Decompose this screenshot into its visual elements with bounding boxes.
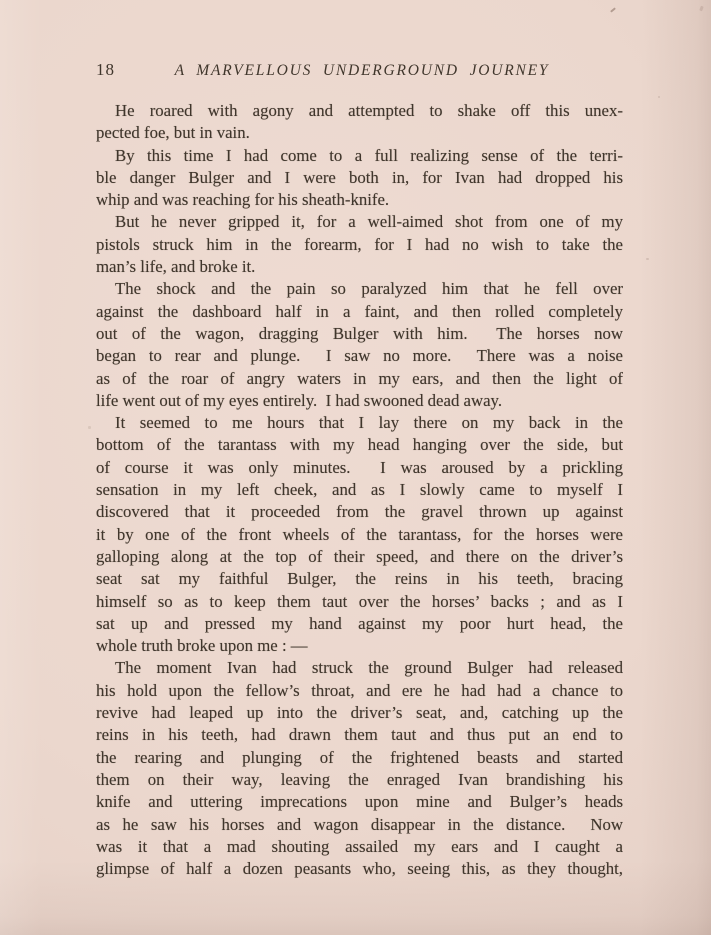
scan-speck [610, 7, 616, 12]
text-line: it by one of the front wheels of the tar… [96, 524, 623, 546]
text-line: was it that a mad shouting assailed my e… [96, 836, 623, 858]
text-line: began to rear and plunge. I saw no more.… [96, 345, 623, 367]
text-line: them on their way, leaving the enraged I… [96, 769, 623, 791]
text-line: The shock and the pain so paralyzed him … [96, 278, 623, 300]
text-line: He roared with agony and attempted to sh… [96, 100, 623, 122]
text-line: whip and was reaching for his sheath-kni… [96, 189, 623, 211]
text-line: himself so as to keep them taut over the… [96, 591, 623, 613]
text-line: against the dashboard half in a faint, a… [96, 301, 623, 323]
text-line: of course it was only minutes. I was aro… [96, 457, 623, 479]
book-page: 18 A MARVELLOUS UNDERGROUND JOURNEY He r… [0, 0, 711, 935]
text-line: glimpse of half a dozen peasants who, se… [96, 858, 623, 880]
text-line: revive had leaped up into the driver’s s… [96, 702, 623, 724]
text-block: He roared with agony and attempted to sh… [96, 100, 623, 880]
paragraph: It seemed to me hours that I lay there o… [96, 412, 623, 657]
text-line: ble danger Bulger and I were both in, fo… [96, 167, 623, 189]
text-line: seat sat my faithful Bulger, the reins i… [96, 568, 623, 590]
text-line: man’s life, and broke it. [96, 256, 623, 278]
scan-speck [658, 96, 660, 98]
text-line: sat up and pressed my hand against my po… [96, 613, 623, 635]
page-number: 18 [96, 60, 115, 80]
running-title: A MARVELLOUS UNDERGROUND JOURNEY [115, 62, 623, 80]
text-line: galloping along at the top of their spee… [96, 546, 623, 568]
paragraph: He roared with agony and attempted to sh… [96, 100, 623, 145]
text-line: But he never gripped it, for a well-aime… [96, 211, 623, 233]
text-line: life went out of my eyes entirely. I had… [96, 390, 623, 412]
text-line: reins in his teeth, had drawn them taut … [96, 724, 623, 746]
text-line: pistols struck him in the forearm, for I… [96, 234, 623, 256]
paragraph: But he never gripped it, for a well-aime… [96, 211, 623, 278]
text-line: discovered that it proceeded from the gr… [96, 501, 623, 523]
text-line: By this time I had come to a full realiz… [96, 145, 623, 167]
text-line: bottom of the tarantass with my head han… [96, 434, 623, 456]
text-line: It seemed to me hours that I lay there o… [96, 412, 623, 434]
scan-speck [699, 6, 704, 12]
scan-speck [646, 258, 649, 260]
text-line: whole truth broke upon me : — [96, 635, 623, 657]
text-line: knife and uttering imprecations upon min… [96, 791, 623, 813]
paragraph: The moment Ivan had struck the ground Bu… [96, 657, 623, 880]
paragraph: The shock and the pain so paralyzed him … [96, 278, 623, 412]
text-line: out of the wagon, dragging Bulger with h… [96, 323, 623, 345]
scan-speck [88, 426, 91, 429]
page-header: 18 A MARVELLOUS UNDERGROUND JOURNEY [96, 60, 623, 80]
paragraph: By this time I had come to a full realiz… [96, 145, 623, 212]
text-line: pected foe, but in vain. [96, 122, 623, 144]
text-line: his hold upon the fellow’s throat, and e… [96, 680, 623, 702]
text-line: as of the roar of angry waters in my ear… [96, 368, 623, 390]
text-line: the rearing and plunging of the frighten… [96, 747, 623, 769]
text-line: The moment Ivan had struck the ground Bu… [96, 657, 623, 679]
text-line: as he saw his horses and wagon disappear… [96, 814, 623, 836]
text-line: sensation in my left cheek, and as I slo… [96, 479, 623, 501]
